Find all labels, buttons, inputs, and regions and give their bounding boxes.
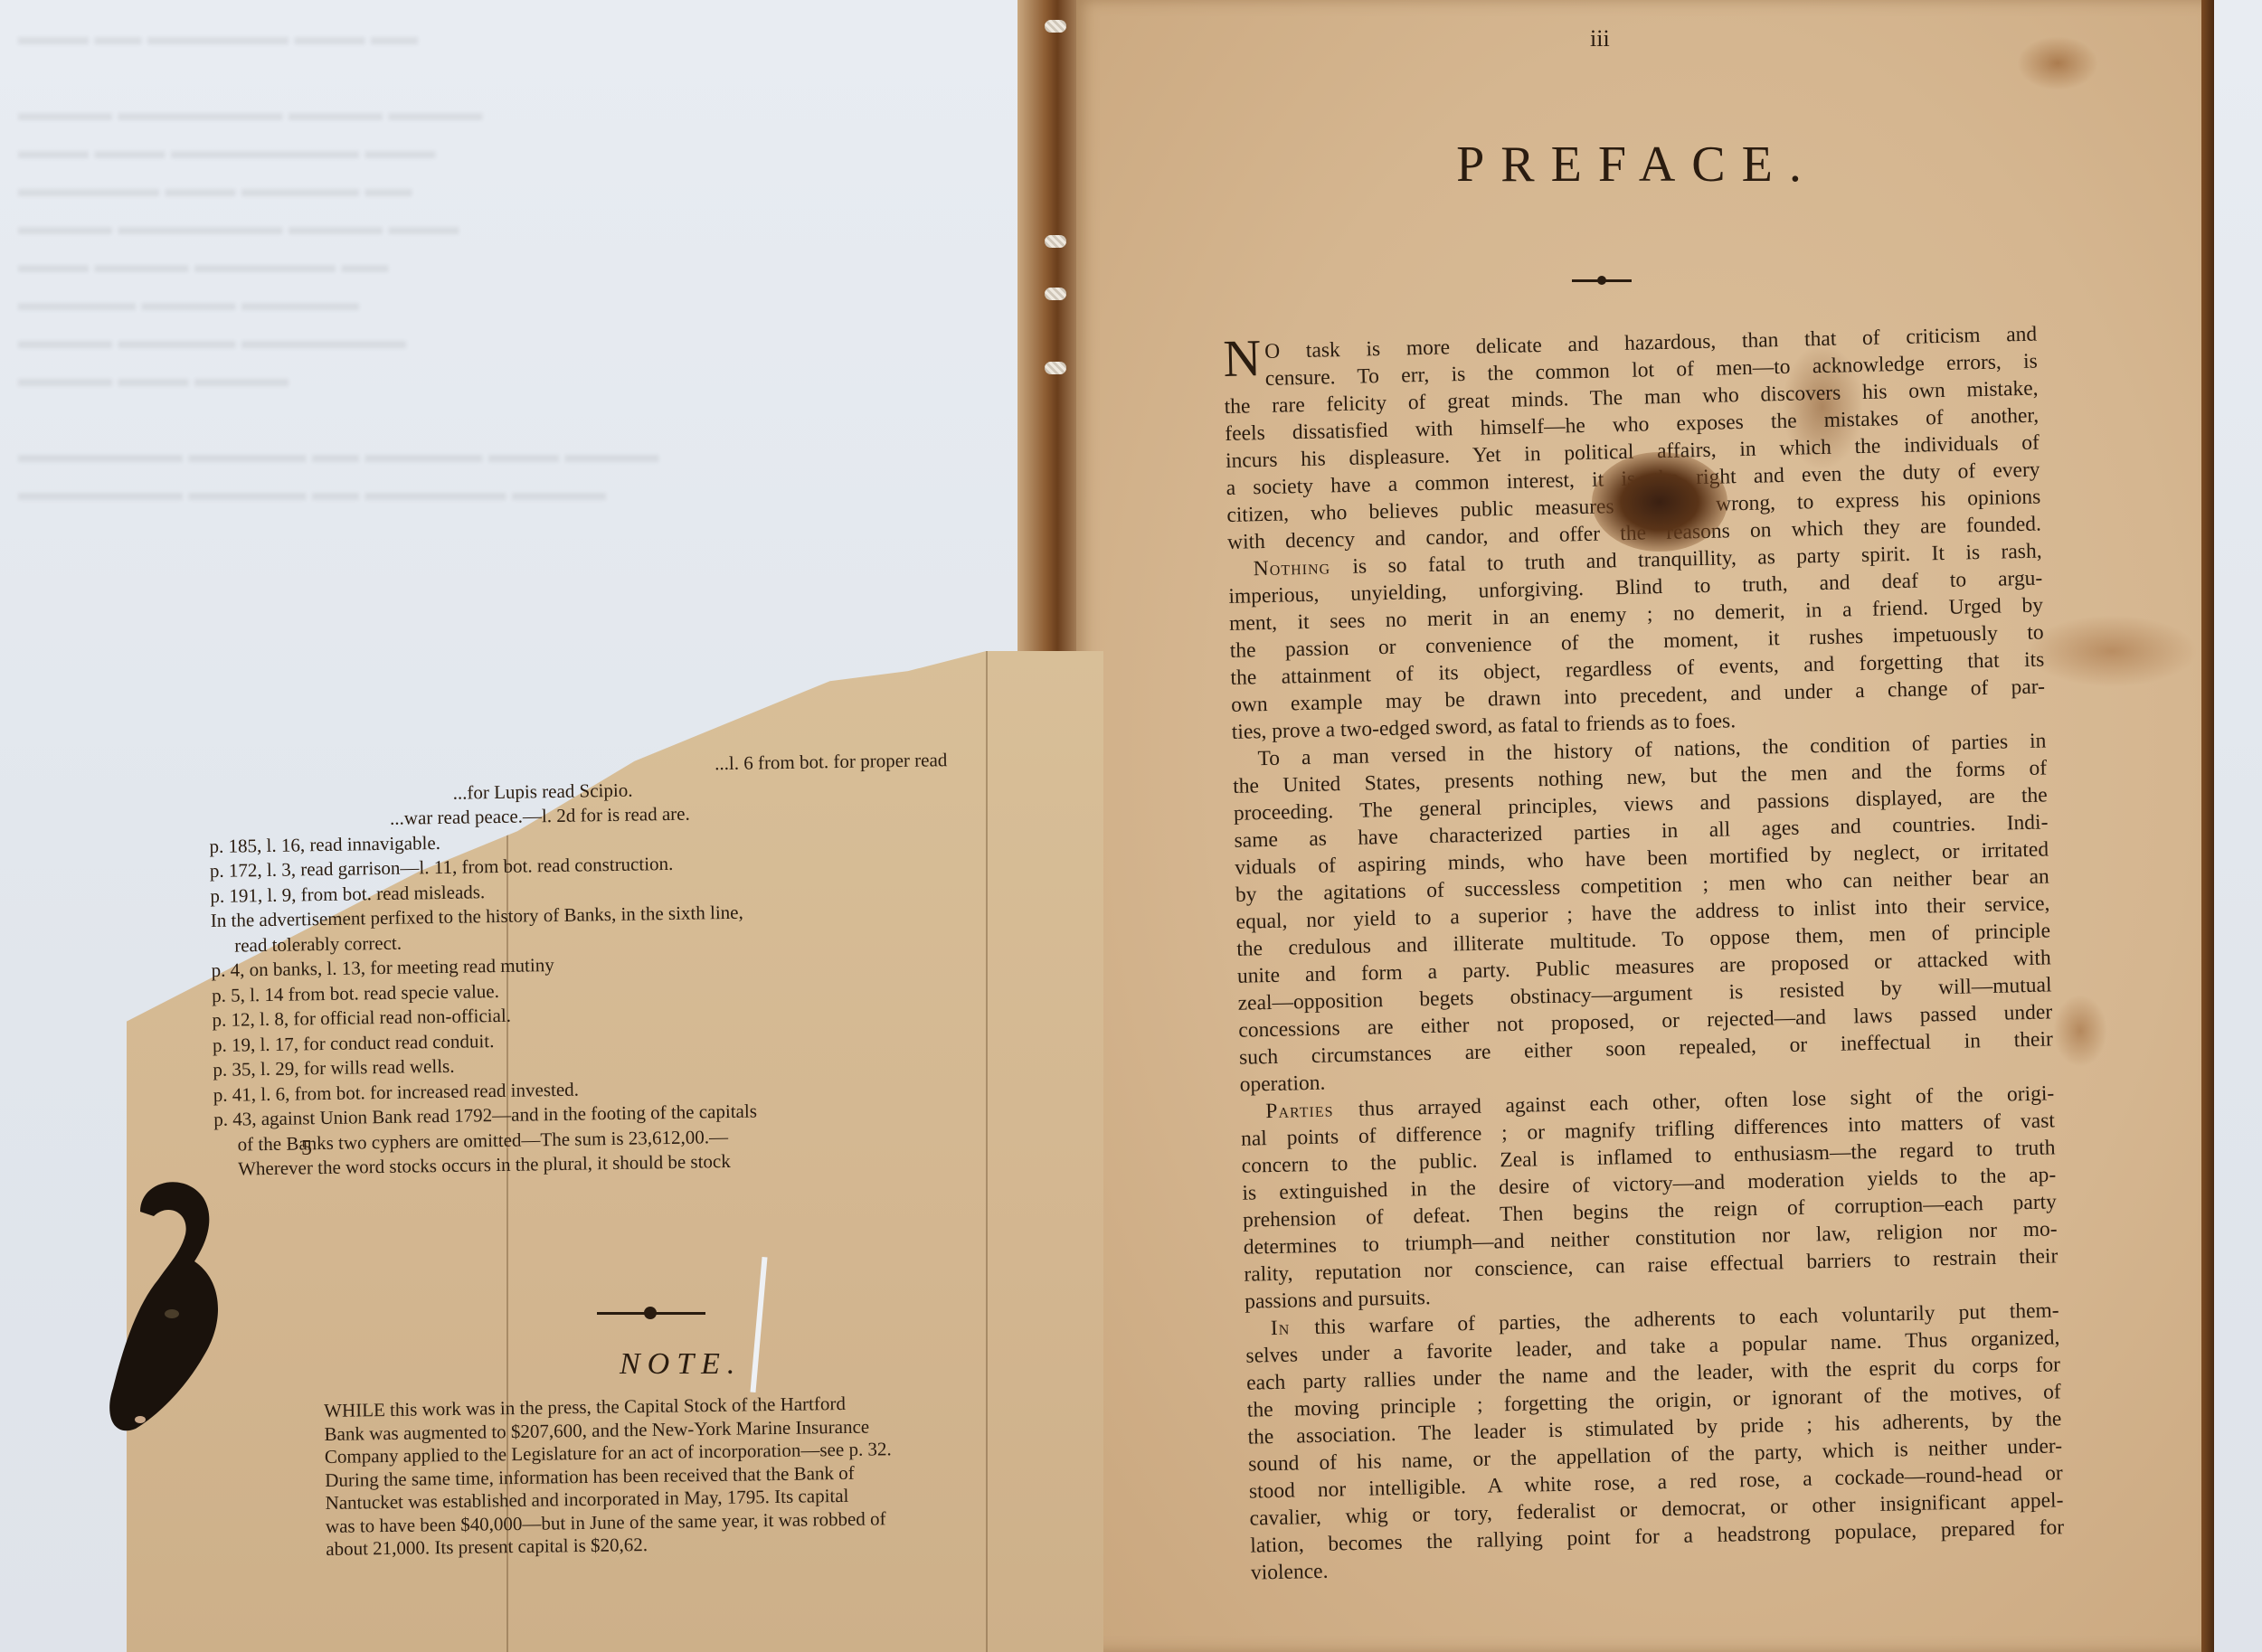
stain <box>2026 615 2198 687</box>
rule-ornament-icon <box>1572 277 1632 284</box>
spine-thread <box>1045 20 1066 33</box>
small-caps-word: In <box>1271 1316 1315 1340</box>
spine-thread <box>1045 362 1066 374</box>
preface-body: NO task is more delicate and hazardous, … <box>1223 321 2065 1587</box>
stain <box>2017 36 2098 90</box>
page-edge <box>2201 0 2214 1652</box>
page-number: iii <box>1590 25 1610 52</box>
drop-cap: N <box>1223 335 1262 382</box>
note-title: NOTE. <box>620 1347 742 1382</box>
spine-thread <box>1045 235 1066 248</box>
note-body: WHILE this work was in the press, the Ca… <box>324 1390 1049 1562</box>
rule-ornament-icon <box>597 1308 705 1317</box>
small-caps-word: Nothing <box>1253 555 1352 581</box>
page-title: PREFACE. <box>1411 136 1863 194</box>
metal-clasp-icon <box>104 1162 249 1442</box>
spine-thread <box>1045 288 1066 300</box>
small-caps-word: Parties <box>1265 1098 1358 1123</box>
stain <box>2053 995 2107 1067</box>
errata-list: ...l. 6 from bot. for proper read...for … <box>208 747 1028 1183</box>
preface-page: iii PREFACE. NO task is more delicate an… <box>1076 0 2207 1652</box>
